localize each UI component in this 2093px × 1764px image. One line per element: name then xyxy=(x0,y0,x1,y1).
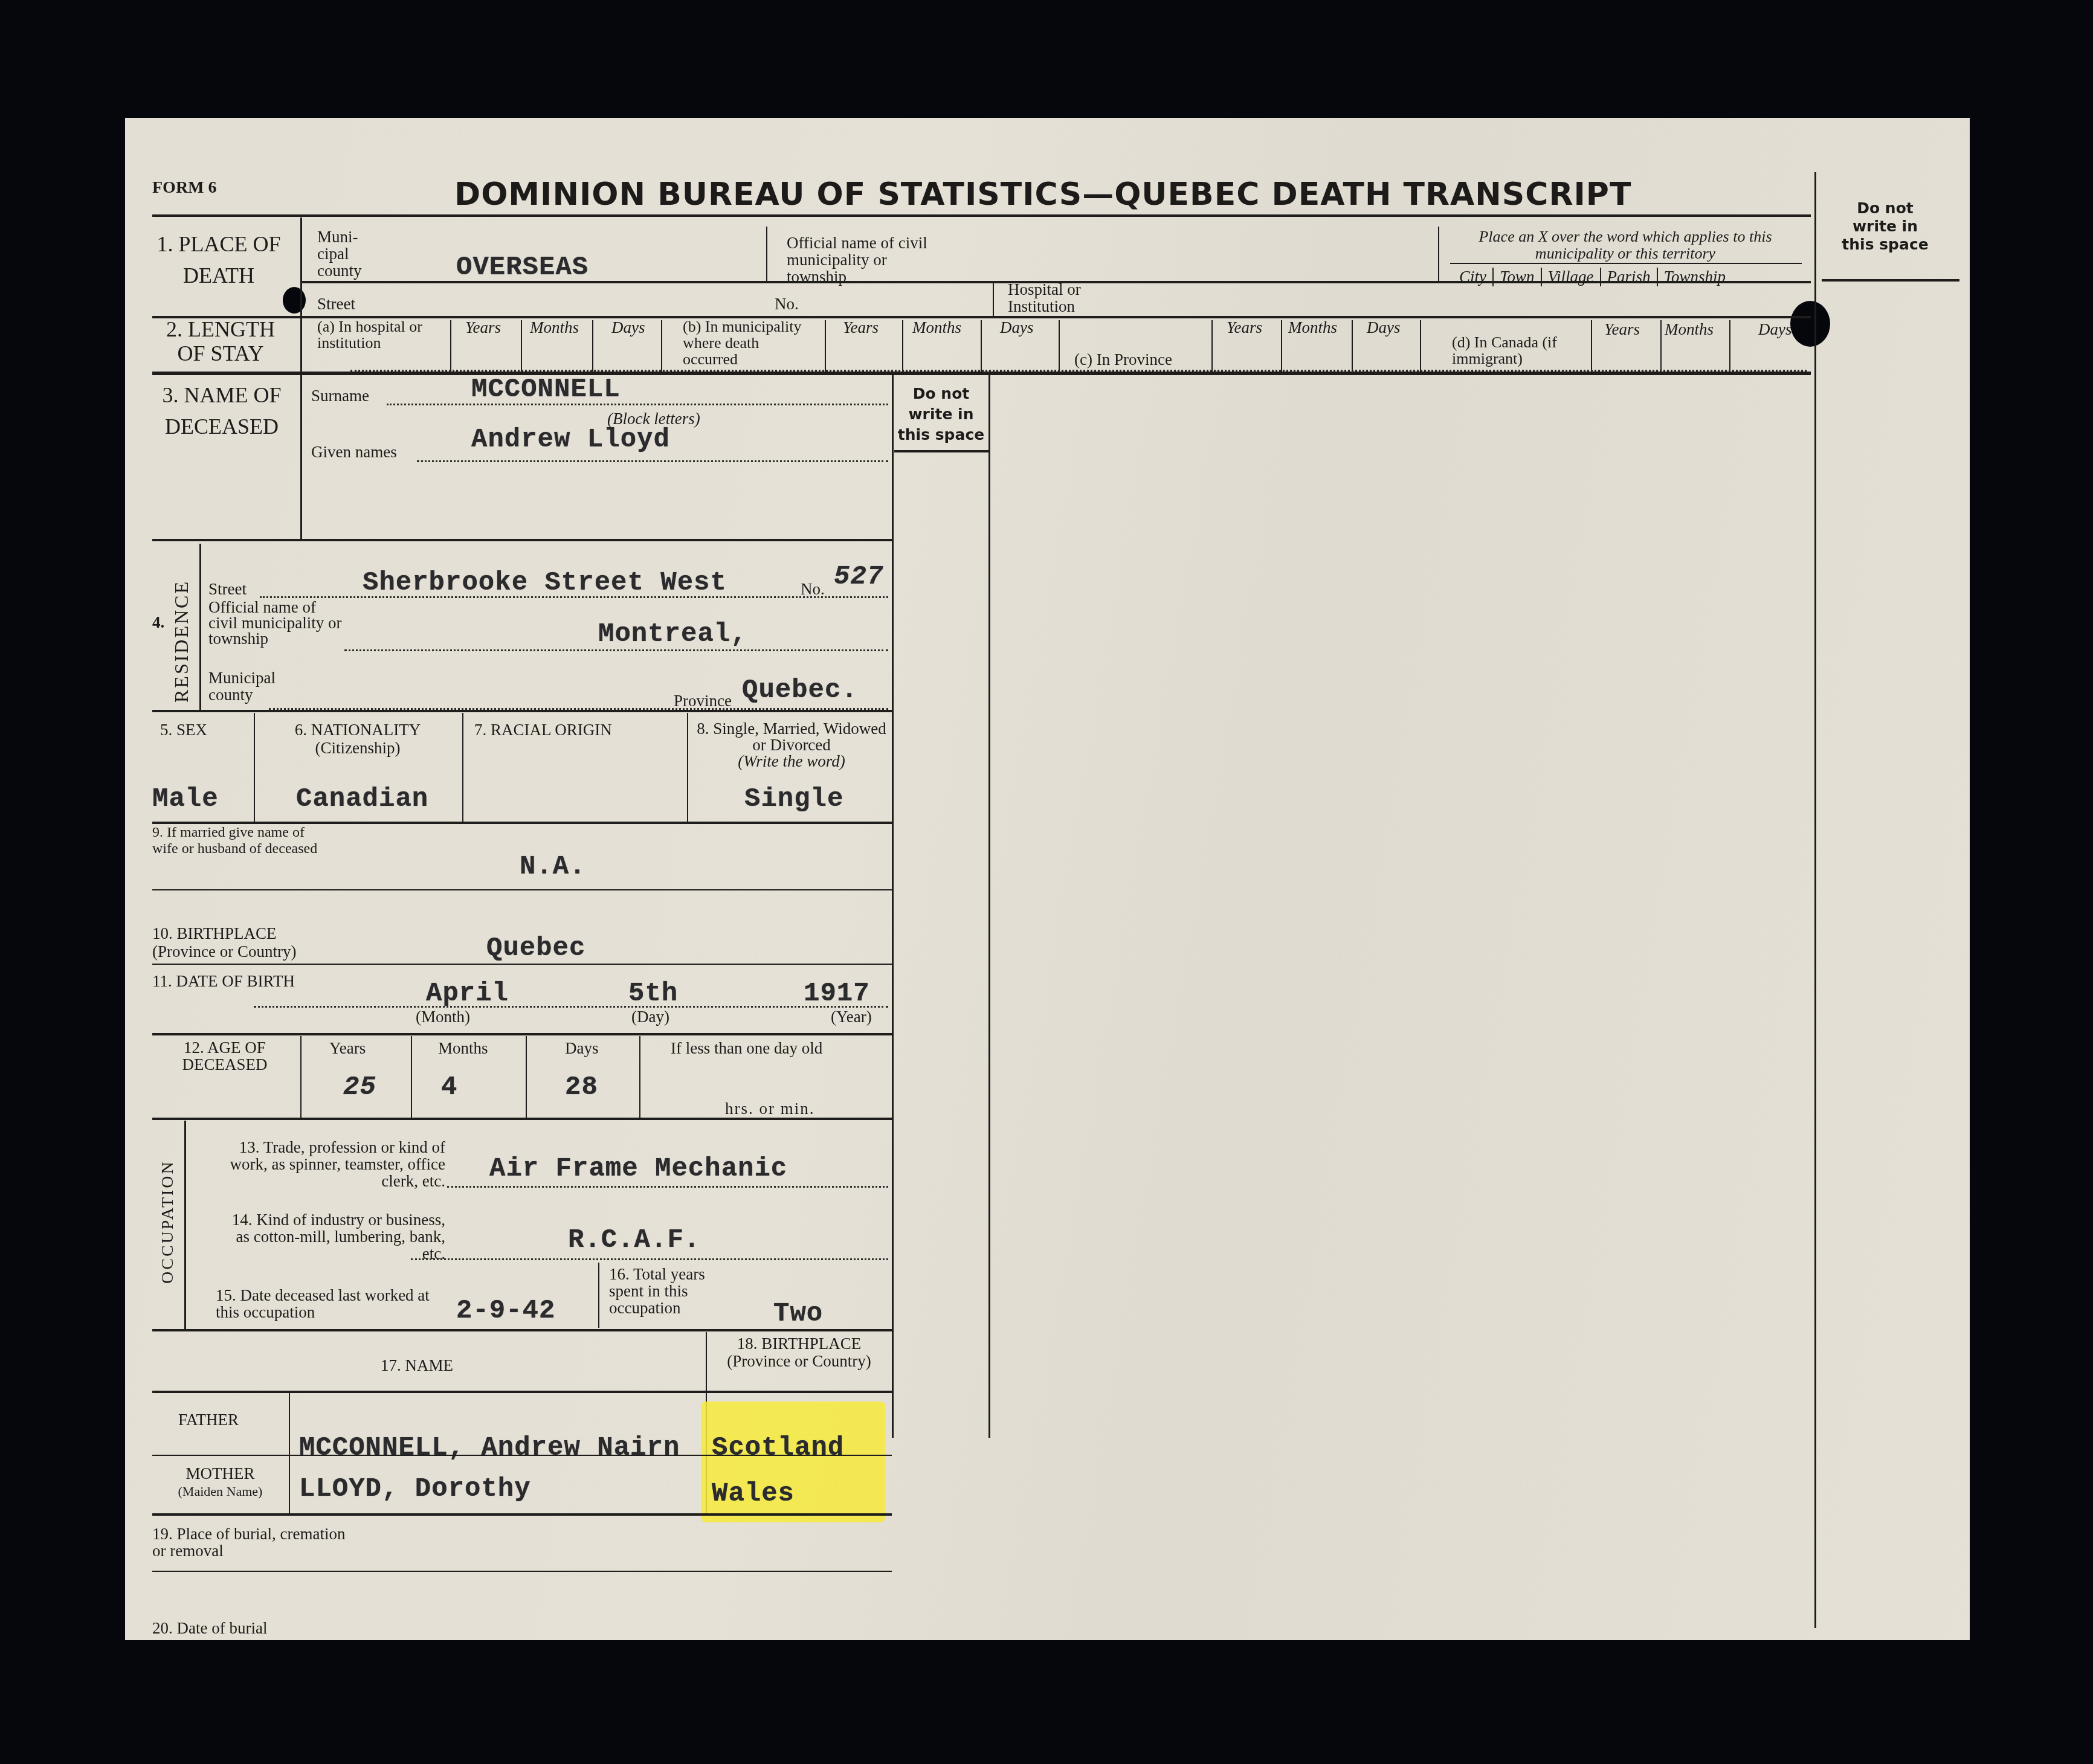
name-of-deceased-label: 3. NAME OF DECEASED xyxy=(152,379,291,442)
surname-value: MCCONNELL xyxy=(471,375,621,405)
municipal-county-value: OVERSEAS xyxy=(456,253,589,283)
mother-label: MOTHER (Maiden Name) xyxy=(152,1465,288,1500)
age-days-value: 28 xyxy=(565,1072,598,1102)
stay-b-months-header: Months xyxy=(912,318,961,336)
territory-township[interactable]: Township xyxy=(1658,268,1732,286)
nationality-label: 6. NATIONALITY (Citizenship) xyxy=(261,721,454,757)
place-of-death-label: 1. PLACE OF DEATH xyxy=(152,228,285,291)
nationality-title: 6. NATIONALITY xyxy=(295,721,421,739)
mother-name: LLOYD, Dorothy xyxy=(299,1474,531,1504)
divider xyxy=(902,320,903,372)
territory-options: City Town Village Parish Township xyxy=(1453,268,1732,286)
no-label: No. xyxy=(775,295,799,313)
sex-label: 5. SEX xyxy=(160,721,207,739)
territory-parish[interactable]: Parish xyxy=(1601,268,1658,286)
divider xyxy=(1059,320,1060,372)
divider xyxy=(988,375,990,1438)
stay-municipality-label: (b) In municipality where death occurred xyxy=(683,318,816,367)
stay-d-months-header: Months xyxy=(1665,320,1714,338)
punch-hole-left xyxy=(283,287,306,314)
stay-canada-label: (d) In Canada (if immigrant) xyxy=(1452,334,1573,367)
age-months-header: Months xyxy=(438,1039,488,1057)
divider xyxy=(592,320,593,372)
birth-year-caption: (Year) xyxy=(831,1008,872,1026)
marital-status-value: Single xyxy=(744,784,843,814)
residence-province-value: Quebec. xyxy=(742,675,858,706)
stay-c-months-header: Months xyxy=(1288,318,1337,336)
residence-no-value: 527 xyxy=(834,562,883,592)
divider xyxy=(1352,320,1353,372)
surname-label: Surname xyxy=(311,387,369,405)
age-days-header: Days xyxy=(565,1039,599,1057)
divider xyxy=(254,713,255,822)
sex-value: Male xyxy=(152,784,219,814)
length-of-stay-label: 2. LENGTH OF STAY xyxy=(151,317,290,365)
date-of-birth-label: 11. DATE OF BIRTH xyxy=(152,973,297,990)
spouse-value: N.A. xyxy=(520,852,586,882)
divider xyxy=(300,1036,302,1118)
divider xyxy=(152,1513,892,1516)
residence-county-label: Municipal county xyxy=(208,669,287,703)
given-names-value: Andrew Lloyd xyxy=(471,425,670,455)
divider xyxy=(598,1263,599,1328)
last-worked-value: 2-9-42 xyxy=(456,1296,555,1326)
fill-line xyxy=(260,596,888,598)
place-x-instruction: Place an X over the word which applies t… xyxy=(1450,228,1801,262)
divider xyxy=(289,1393,290,1514)
divider xyxy=(1438,227,1439,281)
divider xyxy=(462,713,463,822)
stay-b-years-header: Years xyxy=(843,318,879,336)
do-not-write-divider xyxy=(1814,172,1816,1628)
parents-birthplace-header: 18. BIRTHPLACE (Province or Country) xyxy=(710,1335,888,1370)
divider xyxy=(184,1121,186,1329)
divider xyxy=(1281,320,1282,372)
street-label: Street xyxy=(317,295,355,313)
residence-number: 4. xyxy=(152,613,164,631)
divider xyxy=(152,539,892,541)
industry-value: R.C.A.F. xyxy=(568,1225,700,1255)
divider xyxy=(639,1036,640,1118)
do-not-write-middle: Do not write in this space xyxy=(894,384,988,445)
official-name-label: Official name of civil municipality or t… xyxy=(787,234,938,285)
divider xyxy=(661,320,662,372)
nationality-value: Canadian xyxy=(296,784,428,814)
residence-municipality-label: Official name of civil municipality or t… xyxy=(208,599,347,646)
birthplace-value: Quebec xyxy=(486,933,585,964)
residence-municipality-value: Montreal, xyxy=(598,619,747,649)
hospital-label: Hospital or Institution xyxy=(1008,281,1111,315)
form-title: DOMINION BUREAU OF STATISTICS—QUEBEC DEA… xyxy=(454,176,1631,213)
punch-hole-right xyxy=(1790,301,1830,347)
birth-month-value: April xyxy=(426,979,509,1009)
birth-day-value: 5th xyxy=(628,979,678,1009)
trade-label: 13. Trade, profession or kind of work, a… xyxy=(216,1139,445,1189)
stay-c-years-header: Years xyxy=(1227,318,1262,336)
marital-sub: (Write the word) xyxy=(738,752,845,770)
divider xyxy=(892,375,894,1438)
divider xyxy=(766,227,767,281)
divider xyxy=(1211,320,1213,372)
marital-title: 8. Single, Married, Widowed or Divorced xyxy=(697,719,886,754)
divider xyxy=(152,822,892,824)
stay-a-days-header: Days xyxy=(611,318,645,336)
divider xyxy=(152,214,1811,217)
stay-a-months-header: Months xyxy=(530,318,579,336)
divider xyxy=(152,1329,892,1331)
last-worked-label: 15. Date deceased last worked at this oc… xyxy=(216,1287,439,1321)
age-years-header: Years xyxy=(329,1039,366,1057)
divider xyxy=(450,320,451,372)
divider xyxy=(894,450,988,452)
fill-line xyxy=(387,404,888,405)
residence-no-label: No. xyxy=(801,580,825,598)
father-name: MCCONNELL, Andrew Nairn xyxy=(299,1433,680,1463)
stay-d-years-header: Years xyxy=(1604,320,1640,338)
territory-town[interactable]: Town xyxy=(1494,268,1542,286)
divider xyxy=(199,544,201,710)
divider xyxy=(526,1036,527,1118)
spouse-label: 9. If married give name of wife or husba… xyxy=(152,825,327,857)
stay-c-days-header: Days xyxy=(1367,318,1401,336)
birth-month-caption: (Month) xyxy=(416,1008,470,1026)
divider xyxy=(152,710,892,712)
mother-role-sub: (Maiden Name) xyxy=(178,1484,263,1499)
divider xyxy=(152,372,1811,375)
racial-origin-label: 7. RACIAL ORIGIN xyxy=(474,721,612,739)
fill-line xyxy=(344,649,888,651)
birthplace-title: 10. BIRTHPLACE xyxy=(152,924,276,942)
divider xyxy=(152,1391,892,1393)
birthplace-sub: (Province or Country) xyxy=(152,942,296,961)
age-years-value: 25 xyxy=(343,1072,376,1102)
form-number: FORM 6 xyxy=(152,179,217,197)
divider xyxy=(1822,279,1959,282)
stay-hospital-label: (a) In hospital or institution xyxy=(317,318,444,351)
divider xyxy=(825,320,826,372)
burial-place-label: 19. Place of burial, cremation or remova… xyxy=(152,1525,358,1559)
divider xyxy=(1591,320,1592,372)
nationality-sub: (Citizenship) xyxy=(315,739,401,757)
industry-label: 14. Kind of industry or business, as cot… xyxy=(216,1211,445,1262)
do-not-write-top: Do not write in this space xyxy=(1837,199,1933,254)
divider xyxy=(1660,320,1662,372)
divider xyxy=(1729,320,1730,372)
father-birthplace: Scotland xyxy=(712,1433,844,1463)
divider xyxy=(152,1571,892,1572)
divider xyxy=(993,283,994,316)
fill-line xyxy=(417,460,888,462)
divider xyxy=(300,375,302,541)
divider xyxy=(1420,320,1421,372)
marital-status-label: 8. Single, Married, Widowed or Divorced … xyxy=(695,721,888,770)
territory-village[interactable]: Village xyxy=(1542,268,1601,286)
mother-birthplace: Wales xyxy=(712,1479,795,1509)
divider xyxy=(152,1033,892,1035)
stay-province-label: (c) In Province xyxy=(1074,350,1172,369)
divider xyxy=(152,1455,892,1456)
divider xyxy=(300,217,302,381)
stay-d-days-header: Days xyxy=(1758,320,1792,338)
age-less-than-day-header: If less than one day old xyxy=(671,1039,822,1057)
occupation-section-label: OCCUPATION xyxy=(158,1160,178,1284)
residence-section-label: RESIDENCE xyxy=(170,580,193,703)
burial-date-label-visible: 20. Date of burial xyxy=(152,1619,267,1637)
mother-role: MOTHER xyxy=(186,1464,255,1482)
divider xyxy=(411,1036,412,1118)
divider xyxy=(152,1118,892,1120)
stay-a-years-header: Years xyxy=(465,318,501,336)
divider xyxy=(152,889,892,890)
age-label: 12. AGE OF DECEASED xyxy=(152,1039,297,1073)
divider xyxy=(1450,263,1802,264)
birthplace-label: 10. BIRTHPLACE (Province or Country) xyxy=(152,924,296,961)
total-years-label: 16. Total years spent in this occupation xyxy=(609,1266,730,1316)
territory-city[interactable]: City xyxy=(1453,268,1494,286)
age-hrs-min: hrs. or min. xyxy=(725,1099,815,1118)
birth-day-caption: (Day) xyxy=(631,1008,669,1026)
fill-line xyxy=(254,1006,888,1008)
divider xyxy=(521,320,522,372)
birth-year-value: 1917 xyxy=(804,979,870,1009)
municipal-county-label: Muni- cipal county xyxy=(317,228,362,279)
parents-name-header: 17. NAME xyxy=(381,1356,453,1374)
trade-value: Air Frame Mechanic xyxy=(489,1154,787,1184)
residence-province-label: Province xyxy=(674,692,732,710)
stay-b-days-header: Days xyxy=(1000,318,1034,336)
age-months-value: 4 xyxy=(441,1072,457,1102)
total-years-value: Two xyxy=(773,1299,823,1329)
fill-line xyxy=(447,1186,888,1188)
divider xyxy=(687,713,688,822)
residence-street-value: Sherbrooke Street West xyxy=(363,568,727,598)
divider xyxy=(981,320,982,372)
given-names-label: Given names xyxy=(311,443,397,461)
divider xyxy=(152,964,892,965)
fill-line xyxy=(411,1258,888,1260)
father-label: FATHER xyxy=(178,1411,239,1429)
residence-street-label: Street xyxy=(208,580,247,598)
